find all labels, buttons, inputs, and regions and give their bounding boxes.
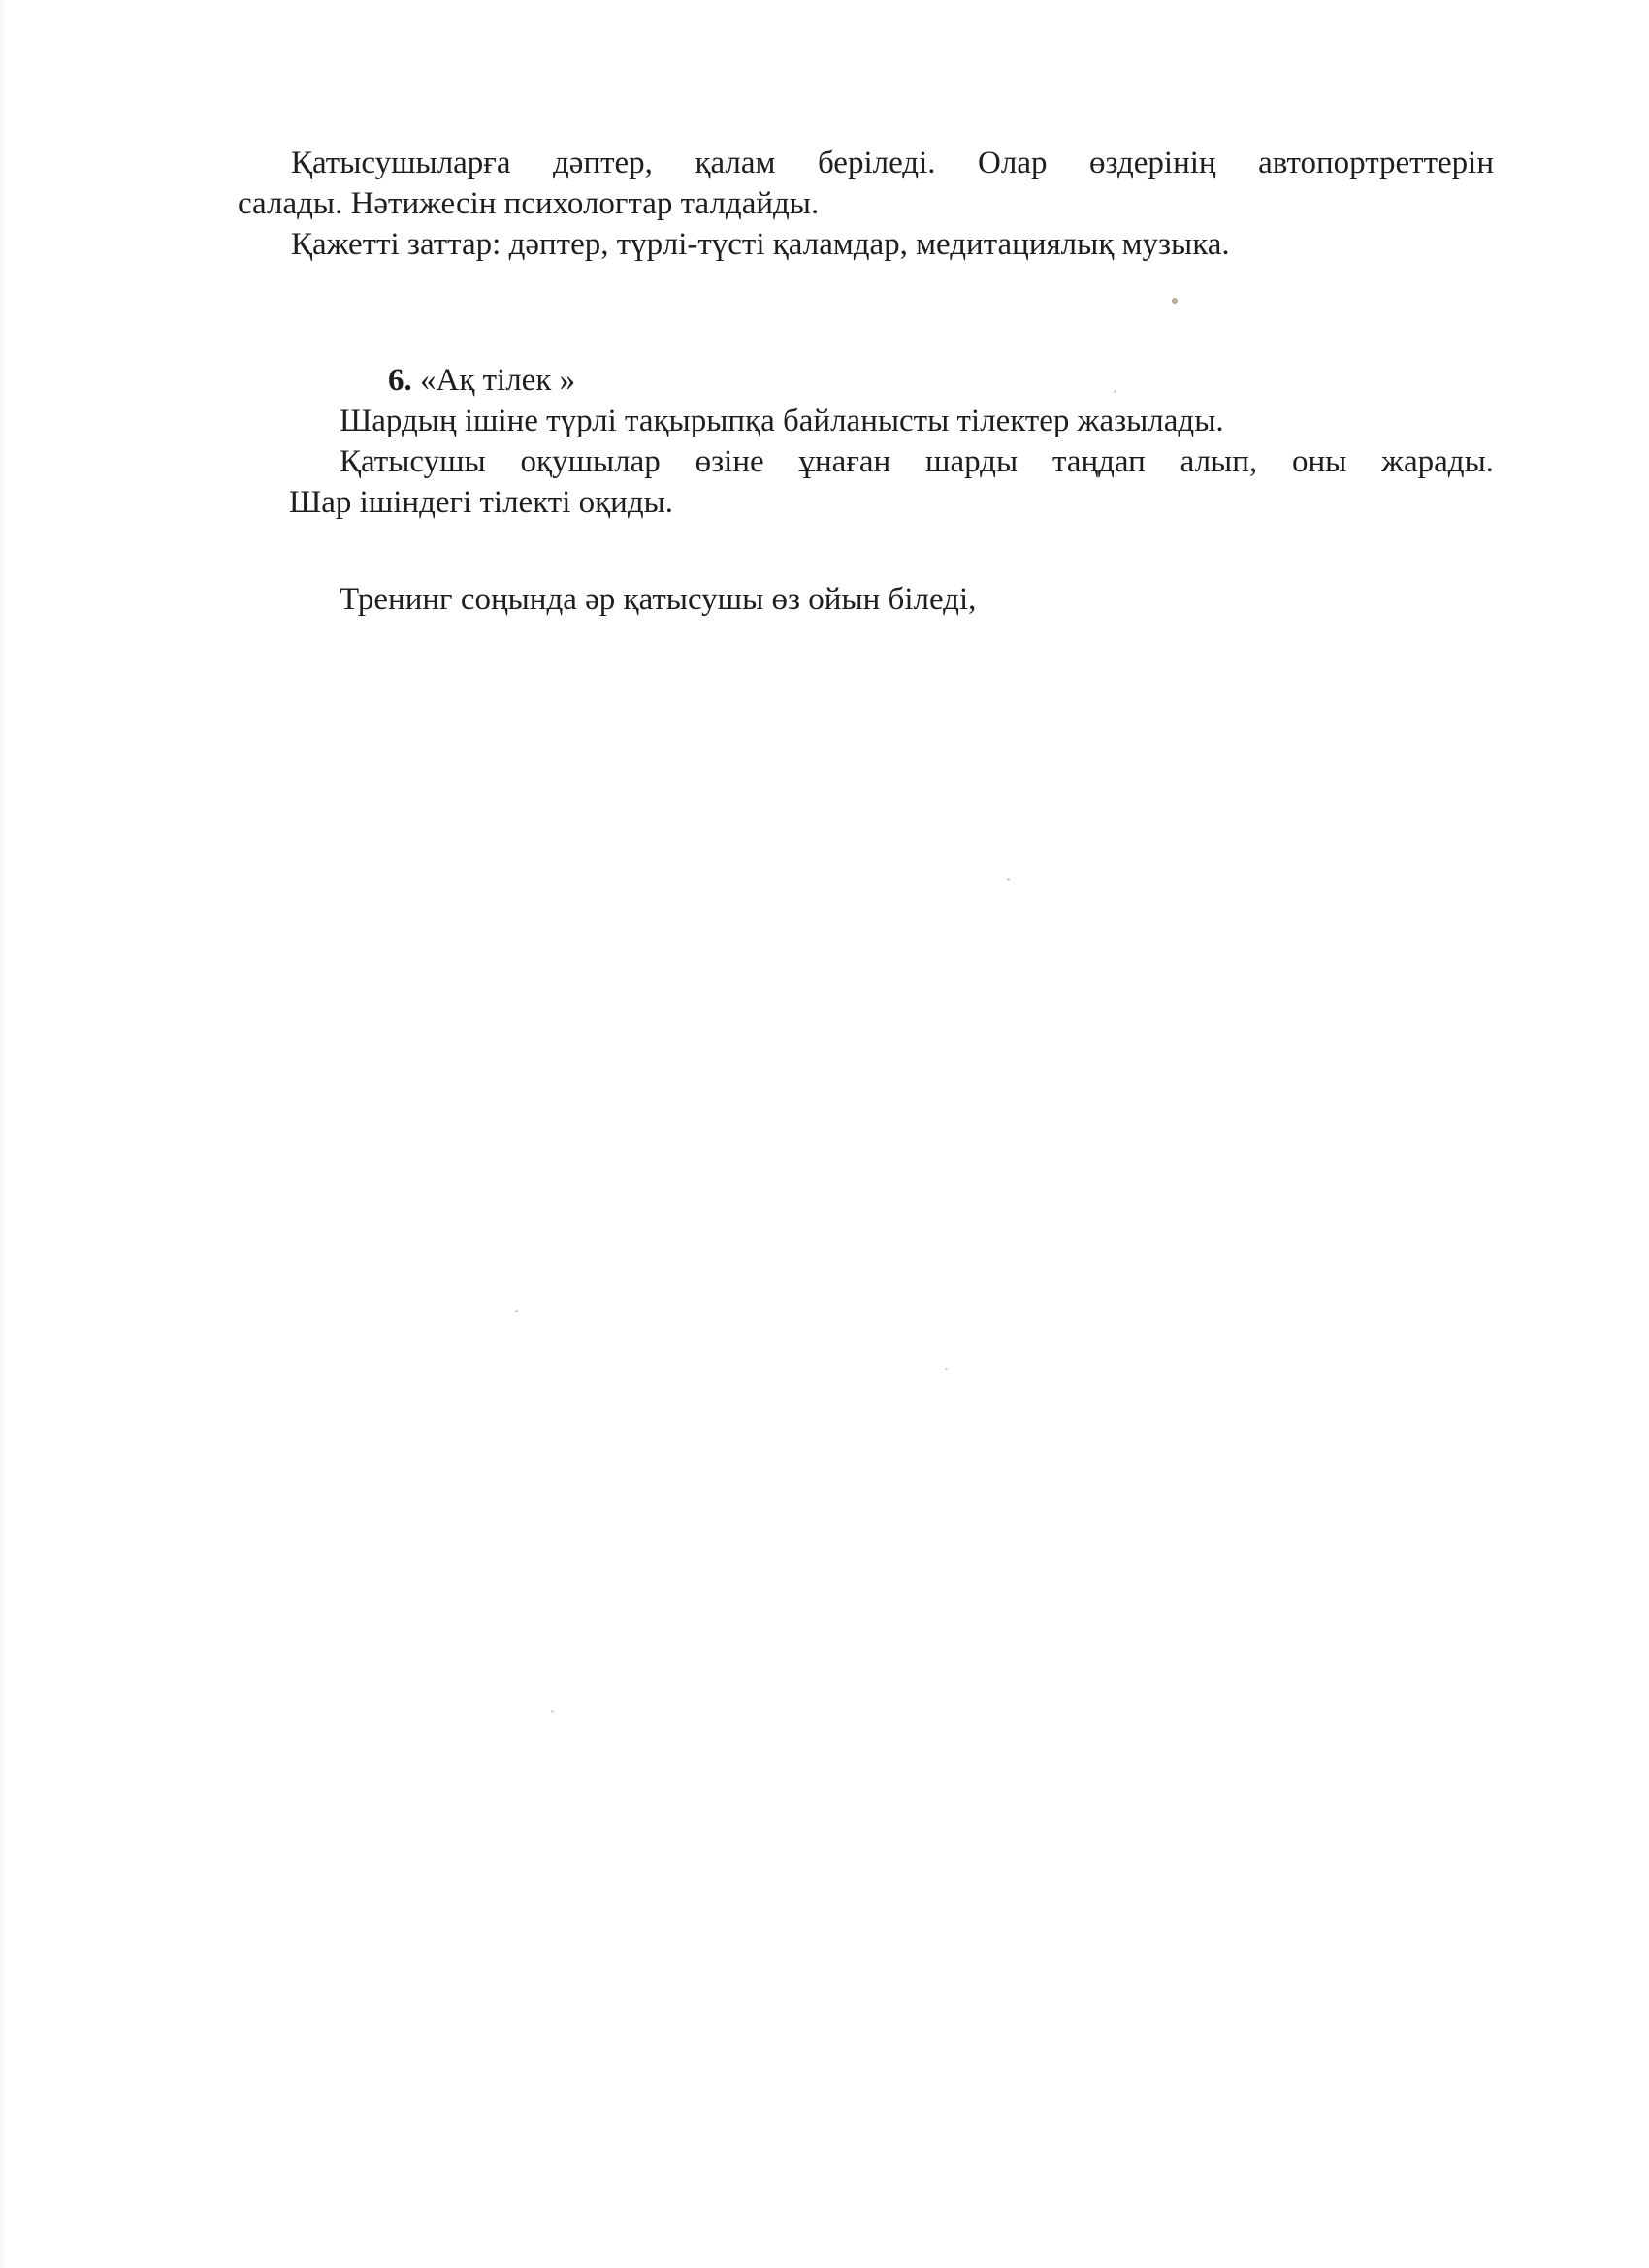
section-6-line-2: Қатысушы оқушылар өзіне ұнаған шарды таң… xyxy=(339,442,1494,481)
paragraph-1-line-3: Қажетті заттар: дәптер, түрлі-түсті қала… xyxy=(291,225,1230,264)
scan-speck xyxy=(1007,878,1010,881)
paragraph-1-line-1: Қатысушыларға дәптер, қалам беріледі. Ол… xyxy=(291,144,1494,182)
section-6-line-1: Шардың ішіне түрлі тақырыпқа байланысты … xyxy=(339,402,1224,440)
section-title: «Ақ тілек » xyxy=(420,363,575,398)
section-6-heading: 6. «Ақ тілек » xyxy=(388,361,575,400)
scan-speck xyxy=(551,1710,554,1713)
section-number: 6. xyxy=(388,363,412,398)
scanned-page: Қатысушыларға дәптер, қалам беріледі. Ол… xyxy=(0,0,1649,2268)
scan-speck xyxy=(945,1368,948,1370)
closing-line: Тренинг соңында әр қатысушы өз ойын біле… xyxy=(339,580,976,619)
scan-edge-shadow xyxy=(0,0,6,2268)
scan-speck xyxy=(515,1310,518,1312)
paragraph-1-line-2: салады. Нәтижесін психологтар талдайды. xyxy=(238,184,819,223)
section-6-line-3: Шар ішіндегі тілекті оқиды. xyxy=(289,483,673,522)
scan-speck xyxy=(1172,298,1178,304)
scan-speck xyxy=(1114,390,1116,393)
